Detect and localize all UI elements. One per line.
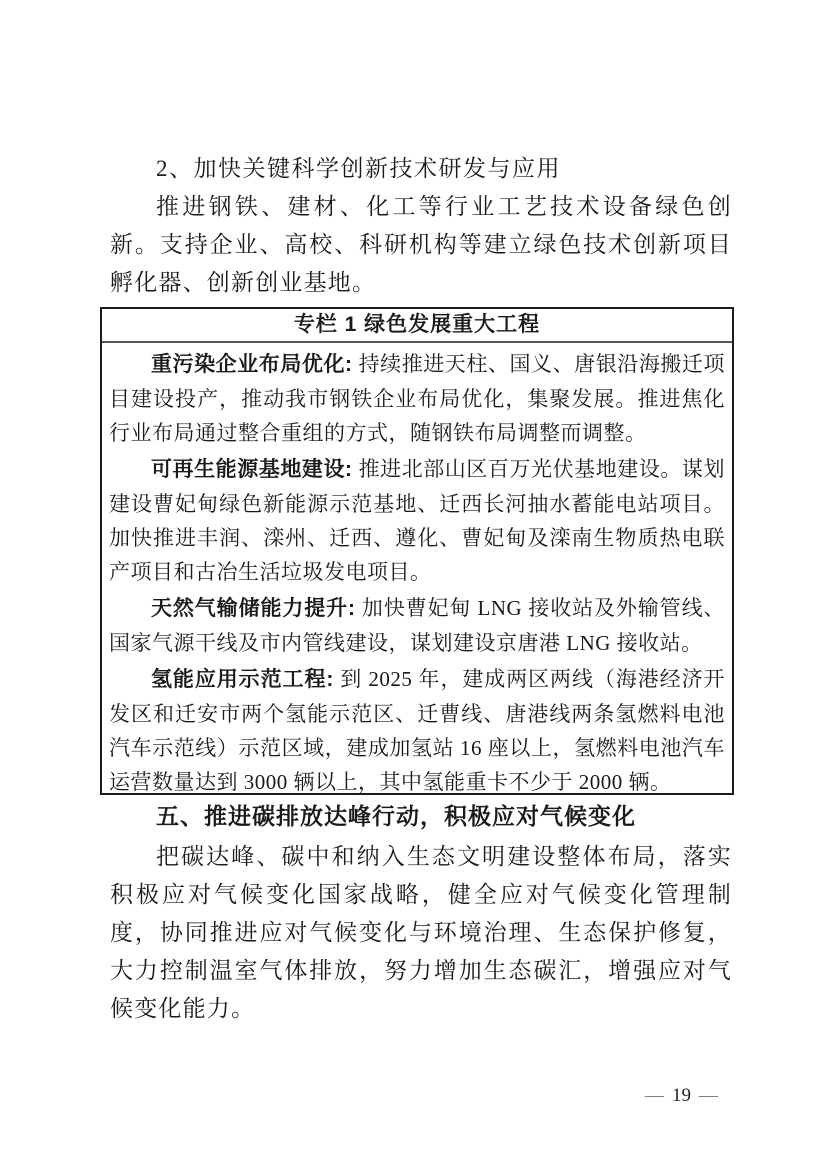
column-box: 专栏 1 绿色发展重大工程 重污染企业布局优化:持续推进天柱、国义、唐银沿海搬迁… xyxy=(100,307,734,795)
body-paragraph: 推进钢铁、建材、化工等行业工艺技术设备绿色创新。支持企业、高校、科研机构等建立绿… xyxy=(110,188,732,302)
column-box-title: 专栏 1 绿色发展重大工程 xyxy=(102,309,732,343)
column-item-label: 可再生能源基地建设: xyxy=(151,458,353,481)
subsection-heading: 2、加快关键科学创新技术研发与应用 xyxy=(110,150,730,188)
body-paragraph: 把碳达峰、碳中和纳入生态文明建设整体布局，落实积极应对气候变化国家战略，健全应对… xyxy=(110,838,732,1028)
footer-dash-left: — xyxy=(637,1085,672,1106)
column-item: 氢能应用示范工程:到 2025 年，建成两区两线（海港经济开发区和迁安市两个氢能… xyxy=(109,662,725,799)
column-item-label: 天然气输储能力提升: xyxy=(151,597,356,620)
document-page: { "sections": { "subsection_heading": "2… xyxy=(0,0,826,1169)
page-footer: —19— xyxy=(0,1084,726,1108)
column-item-label: 氢能应用示范工程: xyxy=(151,668,334,691)
column-item-label: 重污染企业布局优化: xyxy=(151,353,353,376)
column-box-body: 重污染企业布局优化:持续推进天柱、国义、唐银沿海搬迁项目建设投产，推动我市钢铁企… xyxy=(102,343,732,799)
page-number: 19 xyxy=(672,1085,691,1106)
section-heading: 五、推进碳排放达峰行动，积极应对气候变化 xyxy=(110,797,730,835)
column-item: 可再生能源基地建设:推进北部山区百万光伏基地建设。谋划建设曹妃甸绿色新能源示范基… xyxy=(109,452,725,589)
column-item: 天然气输储能力提升:加快曹妃甸 LNG 接收站及外输管线、国家气源干线及市内管线… xyxy=(109,591,725,660)
column-item: 重污染企业布局优化:持续推进天柱、国义、唐银沿海搬迁项目建设投产，推动我市钢铁企… xyxy=(109,347,725,450)
footer-dash-right: — xyxy=(691,1085,726,1106)
